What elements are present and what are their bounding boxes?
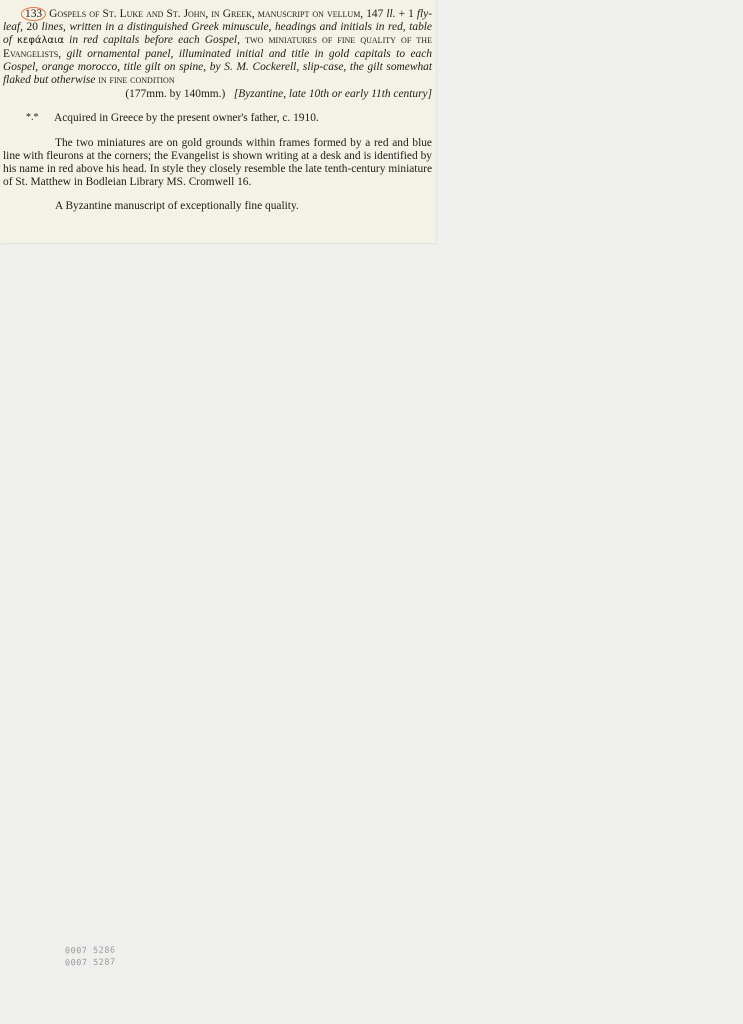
leaf-count: 147 — [366, 8, 386, 20]
catalogue-clipping: 133Gospels of St. Luke and St. John, in … — [0, 0, 436, 243]
miniatures-paragraph: The two miniatures are on gold grounds w… — [3, 137, 432, 190]
asterism-icon: *.* — [26, 111, 54, 124]
provenance-text: Acquired in Greece by the present owner'… — [54, 112, 319, 124]
lot-number: 133 — [21, 7, 46, 21]
greek-word: κεφάλαια — [17, 35, 64, 46]
provenance-note: *.*Acquired in Greece by the present own… — [3, 111, 432, 125]
entry-heading-block: 133Gospels of St. Luke and St. John, in … — [3, 7, 432, 87]
lot-title: Gospels of St. Luke and St. John, in Gre… — [49, 8, 363, 20]
dimensions: (177mm. by 140mm.) — [125, 88, 225, 100]
pencil-note: 0007 5286 — [65, 946, 116, 957]
description-binding: gilt ornamental panel, illuminated initi… — [3, 48, 432, 86]
summary-paragraph: A Byzantine manuscript of exceptionally … — [3, 200, 432, 213]
leaves-abbrev: ll. — [386, 8, 395, 20]
pencil-note: 0007 5287 — [65, 958, 116, 969]
line-count: 20 — [23, 21, 42, 33]
description-capitals: in red capitals before each Gospel, — [69, 34, 240, 46]
flyleaf-count: + 1 — [396, 8, 417, 20]
catalogue-entry: 133Gospels of St. Luke and St. John, in … — [3, 7, 432, 214]
condition: in fine condition — [98, 74, 174, 86]
dimensions-line: (177mm. by 140mm.) [Byzantine, late 10th… — [3, 88, 432, 101]
dating: [Byzantine, late 10th or early 11th cent… — [234, 88, 432, 100]
